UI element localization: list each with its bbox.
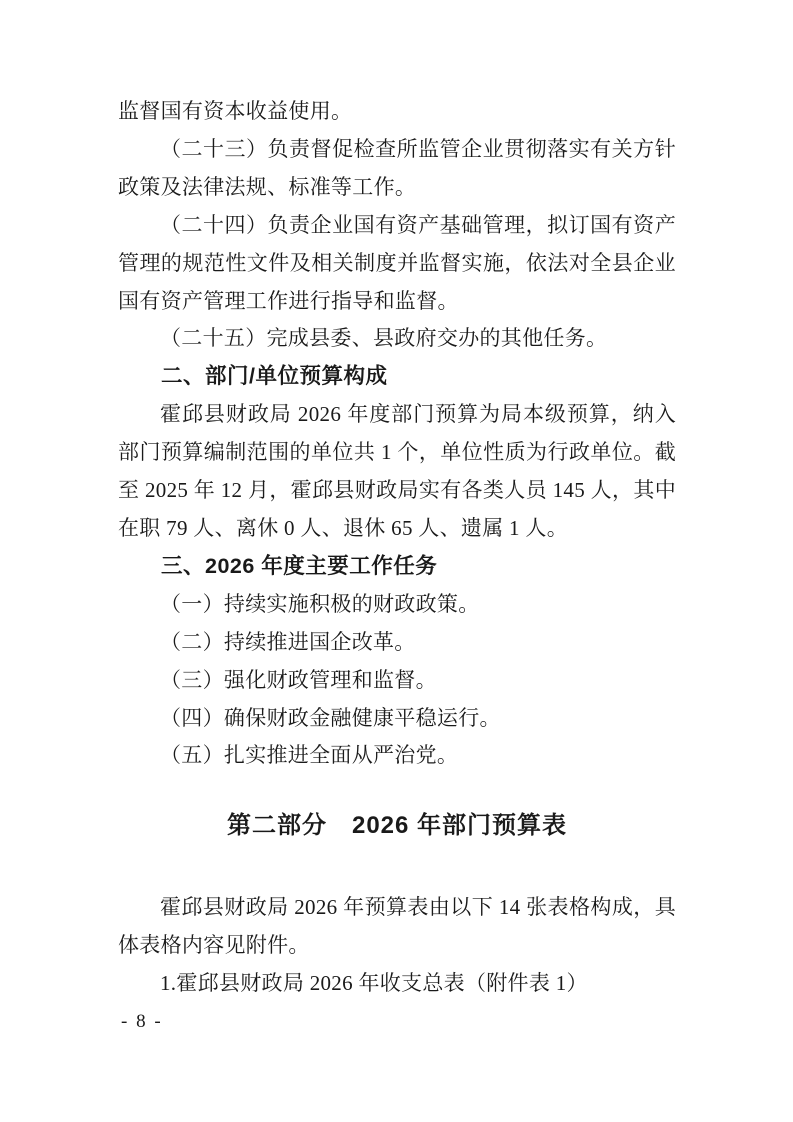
document-content: 监督国有资本收益使用。 （二十三）负责督促检查所监管企业贯彻落实有关方针政策及法…	[0, 0, 793, 1003]
paragraph-tables-intro: 霍邱县财政局 2026 年预算表由以下 14 张表格构成，具体表格内容见附件。	[118, 889, 676, 965]
paragraph-task-2: （二）持续推进国企改革。	[118, 624, 676, 662]
paragraph-task-4: （四）确保财政金融健康平稳运行。	[118, 700, 676, 738]
paragraph-table-list-item-1: 1.霍邱县财政局 2026 年收支总表（附件表 1）	[118, 965, 676, 1003]
paragraph-item-24: （二十四）负责企业国有资产基础管理，拟订国有资产管理的规范性文件及相关制度并监督…	[118, 207, 676, 321]
paragraph-item-25: （二十五）完成县委、县政府交办的其他任务。	[118, 320, 676, 358]
paragraph-task-5: （五）扎实推进全面从严治党。	[118, 737, 676, 775]
section-heading-main-tasks: 三、2026 年度主要工作任务	[118, 548, 676, 586]
paragraph-continuation: 监督国有资本收益使用。	[118, 93, 676, 131]
paragraph-budget-composition: 霍邱县财政局 2026 年度部门预算为局本级预算，纳入部门预算编制范围的单位共 …	[118, 396, 676, 548]
part-title-budget-tables: 第二部分 2026 年部门预算表	[118, 807, 676, 845]
document-page: 监督国有资本收益使用。 （二十三）负责督促检查所监管企业贯彻落实有关方针政策及法…	[0, 0, 793, 1122]
paragraph-task-1: （一）持续实施积极的财政政策。	[118, 586, 676, 624]
paragraph-item-23: （二十三）负责督促检查所监管企业贯彻落实有关方针政策及法律法规、标准等工作。	[118, 131, 676, 207]
page-number: - 8 -	[121, 1008, 163, 1036]
paragraph-task-3: （三）强化财政管理和监督。	[118, 662, 676, 700]
section-heading-budget-composition: 二、部门/单位预算构成	[118, 358, 676, 396]
